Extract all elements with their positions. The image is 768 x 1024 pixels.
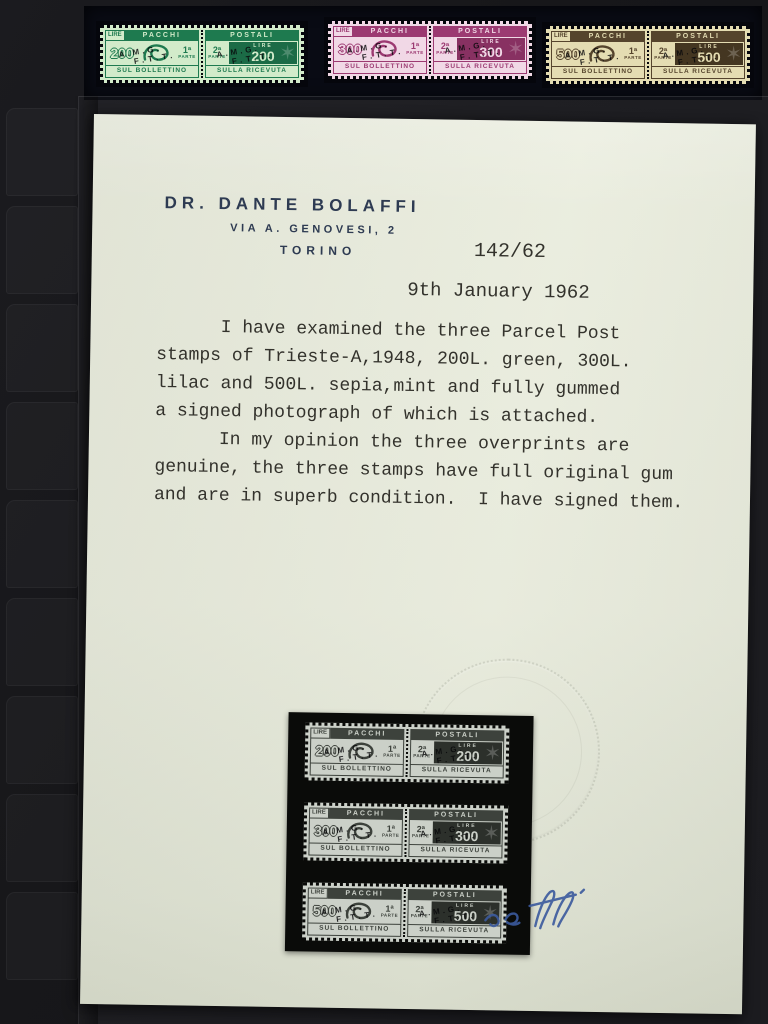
stockbook-tab [6, 108, 78, 196]
stamp-top-band: LIRE PACCHI [333, 26, 427, 37]
stockbook-tab [6, 794, 78, 882]
star-icon: ✶ [725, 43, 742, 65]
stamp-value: 200 [456, 749, 480, 763]
sulla-ricevuta-label: SULLA RICEVUTA [651, 66, 745, 79]
stamp-pair: LIRE PACCHI 300 1ª PARTE SUL BOLLETTINO … [303, 802, 508, 863]
letterhead-city: TORINO [280, 243, 357, 258]
stamp-album-page: LIRE PACCHI 200 1ª PARTE SUL BOLLETTINO … [0, 0, 768, 1024]
paragraph-1: I have examined the three Parcel Post st… [155, 317, 632, 436]
star-icon: ✶ [483, 821, 500, 844]
lire-label: LIRE [310, 727, 330, 738]
postali-label: POSTALI [651, 31, 745, 42]
letterhead-name: DR. DANTE BOLAFFI [164, 193, 420, 217]
star-icon: ✶ [507, 38, 524, 60]
stamp-mid-band: 500 1ª PARTE [551, 42, 645, 66]
value-panel: ✶ LIRE 200 [229, 42, 297, 64]
stamp-value: 500 [552, 46, 584, 62]
stamp-left-half: LIRE PACCHI 200 1ª PARTE SUL BOLLETTINO … [105, 30, 203, 78]
sul-bollettino-label: SUL BOLLETTINO [105, 65, 199, 78]
stamp-value: 300 [310, 822, 342, 839]
postali-label: POSTALI [433, 26, 527, 37]
reference-number: 142/62 [474, 240, 546, 264]
stamp-mid-band: 2ª PARTE ✶ LIRE 200 [410, 740, 504, 765]
stamp-value: 200 [251, 49, 274, 63]
stamp-right-half: POSTALI 2ª PARTE ✶ LIRE 500 SULLA RICEVU… [649, 31, 745, 79]
signature-stroke [485, 915, 499, 926]
signature-stroke [505, 913, 519, 924]
sul-bollettino-label: SUL BOLLETTINO [333, 61, 427, 74]
stockbook-tab [6, 598, 78, 686]
parte-2-label: 2ª PARTE [410, 825, 432, 839]
stamp-right-half: POSTALI 2ª PARTE ✶ LIRE 200 SULLA RICEVU… [408, 729, 505, 779]
certificate-letter: DR. DANTE BOLAFFI VIA A. GENOVESI, 2 TOR… [80, 114, 756, 1014]
stamp-mount: LIRE PACCHI 200 1ª PARTE SUL BOLLETTINO … [96, 21, 308, 87]
parte-2-label: 2ª PARTE [411, 745, 433, 759]
stockbook-tab [6, 892, 78, 980]
stamp-right-half: POSTALI 2ª PARTE ✶ LIRE 200 SULLA RICEVU… [203, 30, 299, 78]
parte-1-label: 1ª PARTE [381, 745, 403, 759]
stamp-pair: LIRE PACCHI 200 1ª PARTE SUL BOLLETTINO … [100, 25, 304, 83]
sulla-ricevuta-label: SULLA RICEVUTA [205, 65, 299, 78]
parte-1-label: 1ª PARTE [378, 905, 400, 919]
parte-1-label: 1ª PARTE [176, 46, 198, 60]
stockbook-tab [6, 304, 78, 392]
post-horn-icon [343, 739, 381, 764]
post-horn-icon [138, 41, 176, 65]
parte-word: PARTE [380, 834, 402, 839]
parte-1-label: 1ª PARTE [380, 825, 402, 839]
pacchi-label: PACCHI [125, 30, 199, 41]
stamp-top-band: LIRE PACCHI [105, 30, 199, 41]
parte-word: PARTE [206, 55, 228, 60]
stamp-value: 300 [334, 41, 366, 57]
stamp-top-band: LIRE PACCHI [551, 31, 645, 42]
parte-word: PARTE [408, 914, 430, 919]
stamp-left-half: LIRE PACCHI 300 1ª PARTE SUL BOLLETTINO … [333, 26, 431, 74]
parte-word: PARTE [381, 754, 403, 759]
stamp-mid-band: 200 1ª PARTE [310, 738, 404, 763]
stamp-top-band: POSTALI [433, 26, 527, 37]
stockbook-tab [6, 696, 78, 784]
parte-2-label: 2ª PARTE [206, 46, 228, 60]
stamp-left-half: LIRE PACCHI 300 1ª PARTE SUL BOLLETTINO … [308, 807, 407, 857]
lire-label: LIRE [551, 31, 571, 42]
stamp-left-half: LIRE PACCHI 500 1ª PARTE SUL BOLLETTINO … [551, 31, 649, 79]
stamp-mid-band: 2ª PARTE ✶ LIRE 300 [409, 820, 503, 845]
parte-2-label: 2ª PARTE [408, 905, 430, 919]
stockbook-tab [6, 500, 78, 588]
pacchi-label: PACCHI [571, 31, 645, 42]
bolaffi-signature [479, 878, 700, 943]
signature-stroke [581, 890, 584, 893]
parte-2-label: 2ª PARTE [434, 42, 456, 56]
star-icon: ✶ [279, 42, 296, 64]
star-icon: ✶ [484, 741, 501, 764]
stamp-mid-band: 300 1ª PARTE [309, 818, 403, 843]
stamp-pair: LIRE PACCHI 500 1ª PARTE SUL BOLLETTINO … [302, 882, 507, 943]
value-panel: ✶ LIRE 300 [457, 38, 525, 60]
parte-word: PARTE [434, 51, 456, 56]
parte-word: PARTE [404, 51, 426, 56]
stamp-mid-band: 2ª PARTE ✶ LIRE 200 [205, 41, 299, 65]
stockbook-tab [6, 206, 78, 294]
postali-label: POSTALI [205, 30, 299, 41]
stamp-mid-band: 300 1ª PARTE [333, 37, 427, 61]
sul-bollettino-label: SUL BOLLETTINO [307, 922, 401, 936]
parte-word: PARTE [411, 754, 433, 759]
parte-word: PARTE [410, 834, 432, 839]
lire-label: LIRE [333, 26, 353, 37]
sulla-ricevuta-label: SULLA RICEVUTA [410, 764, 504, 778]
stamp-top-band: POSTALI [205, 30, 299, 41]
value-panel: ✶ LIRE 500 [675, 43, 743, 65]
stamp-mount: LIRE PACCHI 300 1ª PARTE SUL BOLLETTINO … [324, 17, 536, 83]
sul-bollettino-label: SUL BOLLETTINO [308, 842, 402, 856]
value-panel: ✶ LIRE 200 [434, 741, 502, 764]
stamp-value: 300 [479, 45, 502, 59]
letter-date: 9th January 1962 [407, 279, 590, 304]
lire-label: LIRE [309, 807, 329, 818]
stamp-pair: LIRE PACCHI 500 1ª PARTE SUL BOLLETTINO … [546, 26, 750, 84]
stamp-value: 300 [455, 829, 479, 843]
stamp-strip: LIRE PACCHI 200 1ª PARTE SUL BOLLETTINO … [84, 6, 762, 100]
letterhead-address: VIA A. GENOVESI, 2 [230, 222, 397, 237]
post-horn-icon [366, 37, 404, 61]
pacchi-label: PACCHI [353, 26, 427, 37]
stamp-right-half: POSTALI 2ª PARTE ✶ LIRE 300 SULLA RICEVU… [406, 809, 503, 859]
parte-2-label: 2ª PARTE [652, 47, 674, 61]
post-horn-icon [340, 899, 378, 924]
sul-bollettino-label: SUL BOLLETTINO [310, 762, 404, 776]
signature-stroke [535, 891, 554, 929]
parte-1-label: 1ª PARTE [622, 47, 644, 61]
parte-word: PARTE [176, 55, 198, 60]
stamp-mid-band: 200 1ª PARTE [105, 41, 199, 65]
stamp-right-half: POSTALI 2ª PARTE ✶ LIRE 300 SULLA RICEVU… [431, 26, 527, 74]
stockbook-tab [6, 402, 78, 490]
lire-label: LIRE [105, 30, 125, 41]
stamp-mid-band: 500 1ª PARTE [307, 898, 401, 923]
stamp-value: 500 [454, 909, 478, 923]
stamp-top-band: POSTALI [651, 31, 745, 42]
parte-1-label: 1ª PARTE [404, 42, 426, 56]
stamp-value: 500 [308, 902, 340, 919]
post-horn-icon [584, 42, 622, 66]
stamp-mid-band: 2ª PARTE ✶ LIRE 300 [433, 37, 527, 61]
parte-word: PARTE [652, 56, 674, 61]
post-horn-icon [342, 819, 380, 844]
stamp-mount: LIRE PACCHI 500 1ª PARTE SUL BOLLETTINO … [542, 22, 754, 88]
stamp-pair: LIRE PACCHI 300 1ª PARTE SUL BOLLETTINO … [328, 21, 532, 79]
stamp-pair: LIRE PACCHI 200 1ª PARTE SUL BOLLETTINO … [305, 722, 510, 783]
stamp-left-half: LIRE PACCHI 200 1ª PARTE SUL BOLLETTINO … [310, 727, 409, 777]
parte-word: PARTE [378, 914, 400, 919]
stamp-value: 200 [311, 742, 343, 759]
stamp-value: 200 [106, 45, 138, 61]
lire-label: LIRE [308, 887, 328, 898]
sulla-ricevuta-label: SULLA RICEVUTA [433, 61, 527, 74]
value-panel: ✶ LIRE 300 [433, 821, 501, 844]
sulla-ricevuta-label: SULLA RICEVUTA [408, 844, 502, 858]
stamp-mid-band: 2ª PARTE ✶ LIRE 500 [651, 42, 745, 66]
paragraph-2: In my opinion the three overprints are g… [154, 429, 685, 521]
sul-bollettino-label: SUL BOLLETTINO [551, 66, 645, 79]
stamp-left-half: LIRE PACCHI 500 1ª PARTE SUL BOLLETTINO … [307, 887, 406, 937]
stamp-value: 500 [697, 50, 720, 64]
parte-word: PARTE [622, 56, 644, 61]
